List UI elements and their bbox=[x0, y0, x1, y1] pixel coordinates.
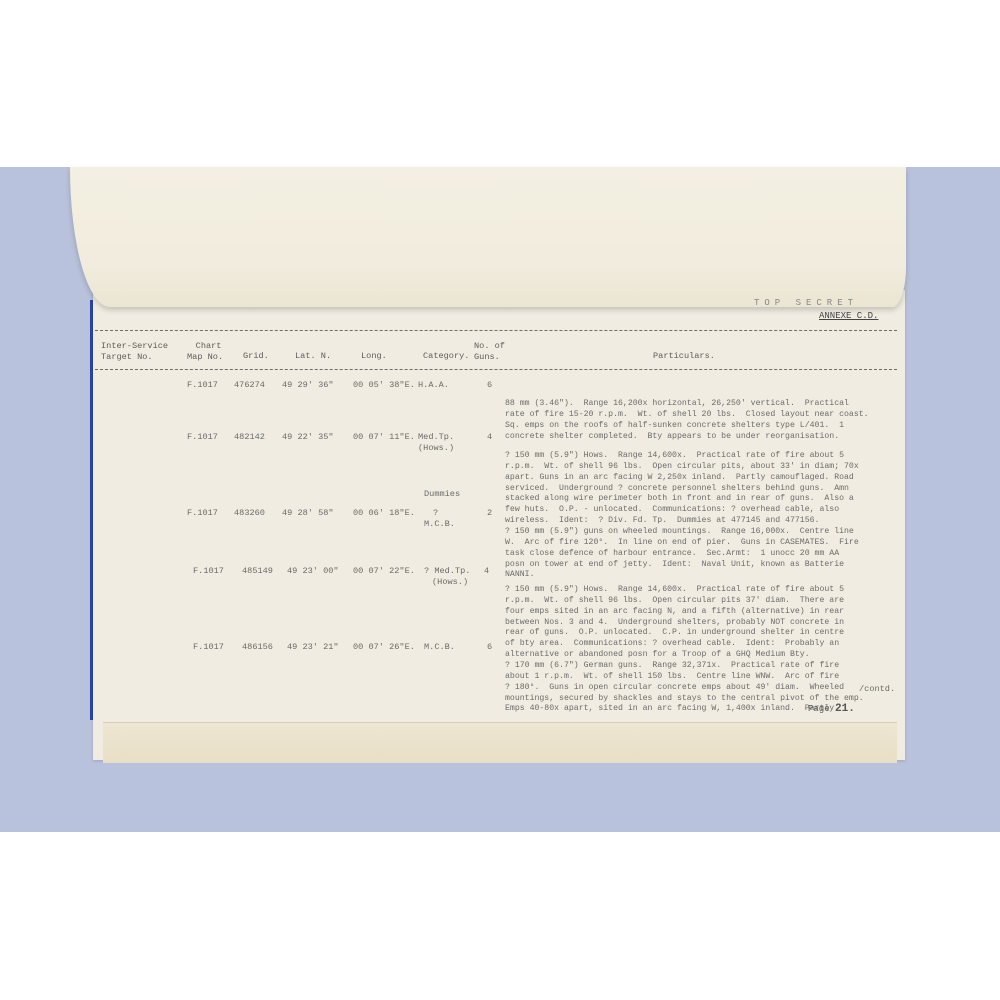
header-chart-map-no: ChartMap No. bbox=[187, 341, 223, 362]
cell-long: 00 07' 11"E. bbox=[353, 432, 415, 443]
cell-category: M.C.B. bbox=[424, 642, 455, 653]
cell-category: H.A.A. bbox=[418, 380, 449, 391]
cell-particulars: ? 170 mm (6.7") German guns. Range 32,37… bbox=[505, 640, 900, 736]
header-target-no: Inter-ServiceTarget No. bbox=[101, 341, 168, 362]
cell-long: 00 07' 26"E. bbox=[353, 642, 415, 653]
header-guns: No. ofGuns. bbox=[474, 341, 505, 362]
cell-grid: 485149 bbox=[242, 566, 273, 577]
cell-category-note: Dummies bbox=[424, 489, 460, 500]
cell-guns: 2 bbox=[487, 508, 492, 519]
cell-guns: 6 bbox=[487, 642, 492, 653]
cell-chart-map-no: F.1017 bbox=[193, 642, 224, 653]
header-lat: Lat. N. bbox=[295, 351, 331, 362]
cell-long: 00 06' 18"E. bbox=[353, 508, 415, 519]
page-number: Page 21. bbox=[808, 704, 855, 715]
cell-grid: 483260 bbox=[234, 508, 265, 519]
cell-lat: 49 23' 21" bbox=[287, 642, 339, 653]
cell-chart-map-no: F.1017 bbox=[187, 432, 218, 443]
header-rule-top bbox=[95, 330, 897, 331]
folded-over-page[interactable] bbox=[70, 167, 906, 307]
cell-chart-map-no: F.1017 bbox=[187, 380, 218, 391]
cell-grid: 486156 bbox=[242, 642, 273, 653]
cell-guns: 6 bbox=[487, 380, 492, 391]
cell-category: ?M.C.B. bbox=[424, 508, 455, 529]
cell-category: ? Med.Tp.(Hows.) bbox=[424, 566, 470, 587]
cell-lat: 49 29' 36" bbox=[282, 380, 334, 391]
cell-long: 00 07' 22"E. bbox=[353, 566, 415, 577]
header-long: Long. bbox=[361, 351, 387, 362]
header-particulars: Particulars. bbox=[653, 351, 715, 362]
cell-guns: 4 bbox=[484, 566, 489, 577]
cell-guns: 4 bbox=[487, 432, 492, 443]
cell-category: Med.Tp.(Hows.) bbox=[418, 432, 454, 453]
cell-chart-map-no: F.1017 bbox=[187, 508, 218, 519]
continued-marker: /contd. bbox=[859, 684, 895, 695]
cell-chart-map-no: F.1017 bbox=[193, 566, 224, 577]
annex-label: ANNEXE C.D. bbox=[819, 311, 878, 322]
header-grid: Grid. bbox=[243, 351, 269, 362]
header-rule-bottom bbox=[95, 369, 897, 370]
cell-lat: 49 22' 35" bbox=[282, 432, 334, 443]
cell-lat: 49 28' 58" bbox=[282, 508, 334, 519]
cell-long: 00 05' 38"E. bbox=[353, 380, 415, 391]
security-marking: TOP SECRET bbox=[754, 298, 858, 309]
header-category: Category. bbox=[423, 351, 469, 362]
cell-grid: 482142 bbox=[234, 432, 265, 443]
cell-lat: 49 23' 00" bbox=[287, 566, 339, 577]
cell-grid: 476274 bbox=[234, 380, 265, 391]
